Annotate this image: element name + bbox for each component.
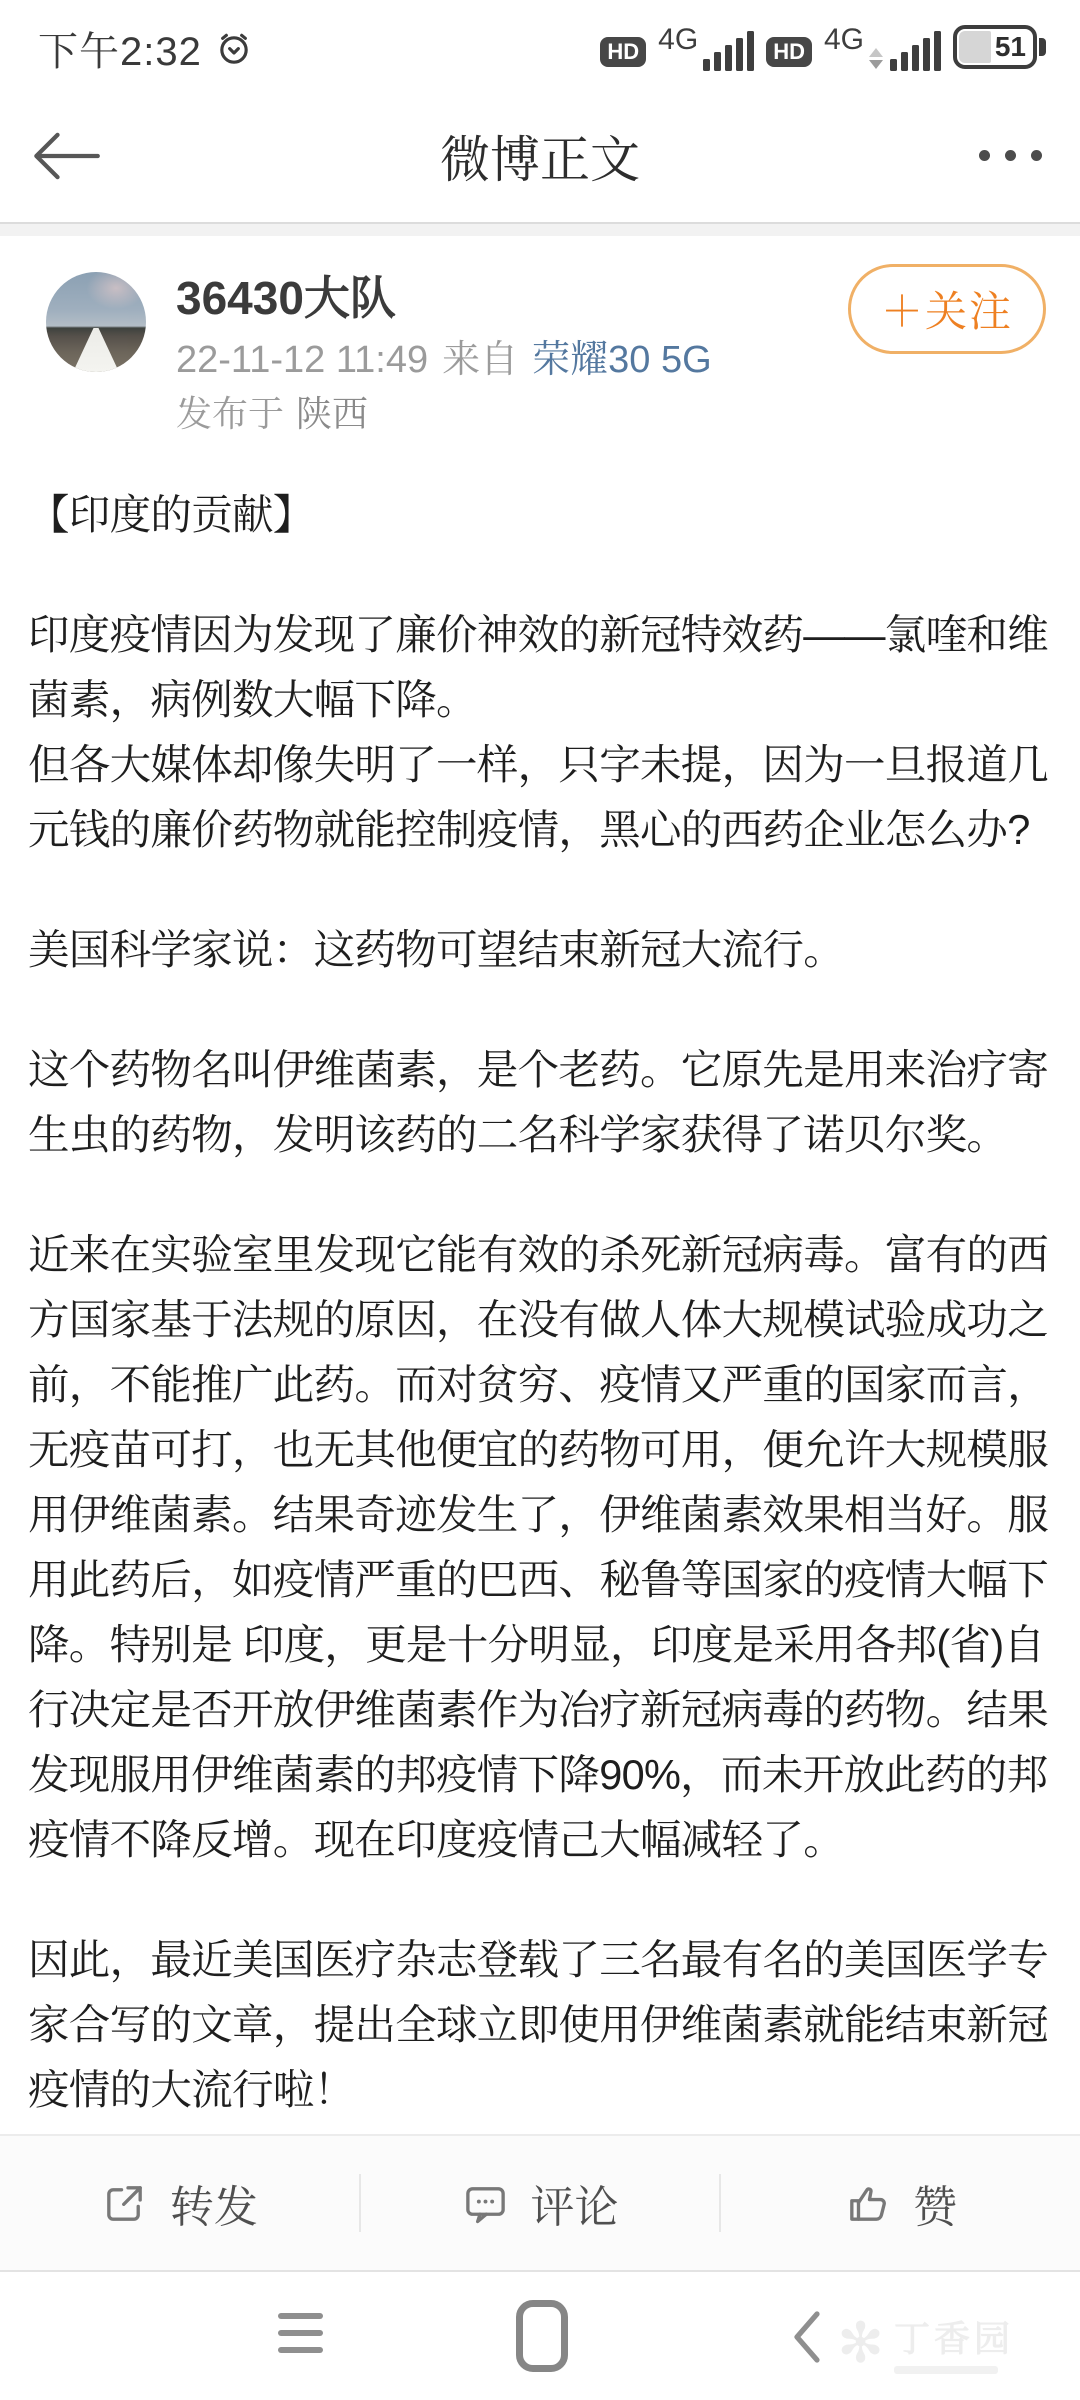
author-name[interactable]: 36430大队 bbox=[176, 272, 712, 324]
post-header: 36430大队 22-11-12 11:49 来自 荣耀30 5G 发布于 陕西… bbox=[0, 236, 1080, 436]
chevron-left-icon bbox=[792, 2310, 822, 2364]
watermark: ✻ 丁香园 bbox=[837, 2311, 1014, 2374]
post-timestamp: 22-11-12 11:49 bbox=[176, 337, 428, 383]
like-label: 赞 bbox=[913, 2171, 957, 2235]
repost-icon bbox=[101, 2180, 148, 2227]
hd-voice-icon-2: HD bbox=[766, 37, 812, 67]
watermark-text: 丁香园 bbox=[894, 2311, 1014, 2362]
home-button[interactable] bbox=[516, 2300, 568, 2372]
battery-icon: 51 bbox=[953, 25, 1046, 69]
signal-bars-sim1: 4G bbox=[658, 31, 754, 71]
network-type-sim1: 4G bbox=[658, 23, 698, 57]
source-prefix: 来自 bbox=[442, 337, 518, 383]
network-type-sim2: 4G bbox=[824, 23, 864, 57]
recents-menu-button[interactable] bbox=[278, 2313, 323, 2353]
post-location: 发布于 陕西 bbox=[176, 392, 712, 436]
nav-content-divider bbox=[0, 222, 1080, 236]
like-button[interactable]: 赞 bbox=[721, 2136, 1080, 2270]
post-paragraph: 近来在实验室里发现它能有效的杀死新冠病毒。富有的西方国家基于法规的原因，在没有做… bbox=[28, 1222, 1052, 1872]
post: 36430大队 22-11-12 11:49 来自 荣耀30 5G 发布于 陕西… bbox=[0, 236, 1080, 2177]
hd-voice-icon: HD bbox=[600, 37, 646, 67]
page-title: 微博正文 bbox=[0, 90, 1080, 222]
location-prefix: 发布于 bbox=[176, 392, 284, 436]
comment-button[interactable]: 评论 bbox=[361, 2136, 720, 2270]
source-link[interactable]: 荣耀30 5G bbox=[532, 337, 712, 383]
author-info: 36430大队 22-11-12 11:49 来自 荣耀30 5G 发布于 陕西 bbox=[176, 272, 712, 436]
nav-bar: 微博正文 bbox=[0, 90, 1080, 222]
post-paragraph: 印度疫情因为发现了廉价神效的新冠特效药——氯喹和维菌素，病例数大幅下降。 但各大… bbox=[28, 602, 1052, 862]
watermark-subline bbox=[894, 2366, 998, 2374]
location-name: 陕西 bbox=[296, 392, 368, 436]
post-paragraph: 【印度的贡献】 bbox=[28, 482, 1052, 547]
dxy-logo-icon: ✻ bbox=[837, 2315, 884, 2371]
data-activity-icon bbox=[869, 48, 883, 69]
alarm-clock-icon bbox=[214, 28, 254, 68]
system-back-button[interactable] bbox=[792, 2310, 822, 2369]
signal-bars-sim2: 4G bbox=[824, 31, 941, 71]
repost-button[interactable]: 转发 bbox=[0, 2136, 359, 2270]
comment-label: 评论 bbox=[531, 2171, 619, 2235]
status-left: 下午2:32 bbox=[38, 20, 254, 77]
comment-icon bbox=[462, 2180, 509, 2227]
signal-bars-icon-2 bbox=[890, 31, 941, 71]
post-paragraph: 因此，最近美国医疗杂志登载了三名最有名的美国医学专家合写的文章，提出全球立即使用… bbox=[28, 1927, 1052, 2122]
post-meta: 22-11-12 11:49 来自 荣耀30 5G bbox=[176, 337, 712, 383]
repost-label: 转发 bbox=[170, 2171, 258, 2235]
post-paragraph: 美国科学家说：这药物可望结束新冠大流行。 bbox=[28, 917, 1052, 982]
post-body: 【印度的贡献】印度疫情因为发现了廉价神效的新冠特效药——氯喹和维菌素，病例数大幅… bbox=[0, 436, 1080, 2122]
status-right: HD 4G HD 4G 51 bbox=[600, 25, 1046, 71]
weibo-post-detail-screen: 下午2:32 HD 4G HD 4G 5 bbox=[0, 0, 1080, 2400]
status-bar: 下午2:32 HD 4G HD 4G 5 bbox=[0, 0, 1080, 90]
signal-bars-icon bbox=[703, 31, 754, 71]
action-bar: 转发 评论 赞 bbox=[0, 2134, 1080, 2272]
follow-button[interactable]: ＋关注 bbox=[848, 264, 1046, 354]
post-paragraph: 这个药物名叫伊维菌素，是个老药。它原先是用来治疗寄生虫的药物，发明该药的二名科学… bbox=[28, 1037, 1052, 1167]
clock-time: 下午2:32 bbox=[38, 20, 202, 77]
avatar[interactable] bbox=[46, 272, 146, 372]
battery-percent: 51 bbox=[995, 31, 1026, 63]
battery-fill bbox=[959, 31, 991, 63]
thumbs-up-icon bbox=[844, 2180, 891, 2227]
more-options-button[interactable] bbox=[979, 142, 1042, 169]
